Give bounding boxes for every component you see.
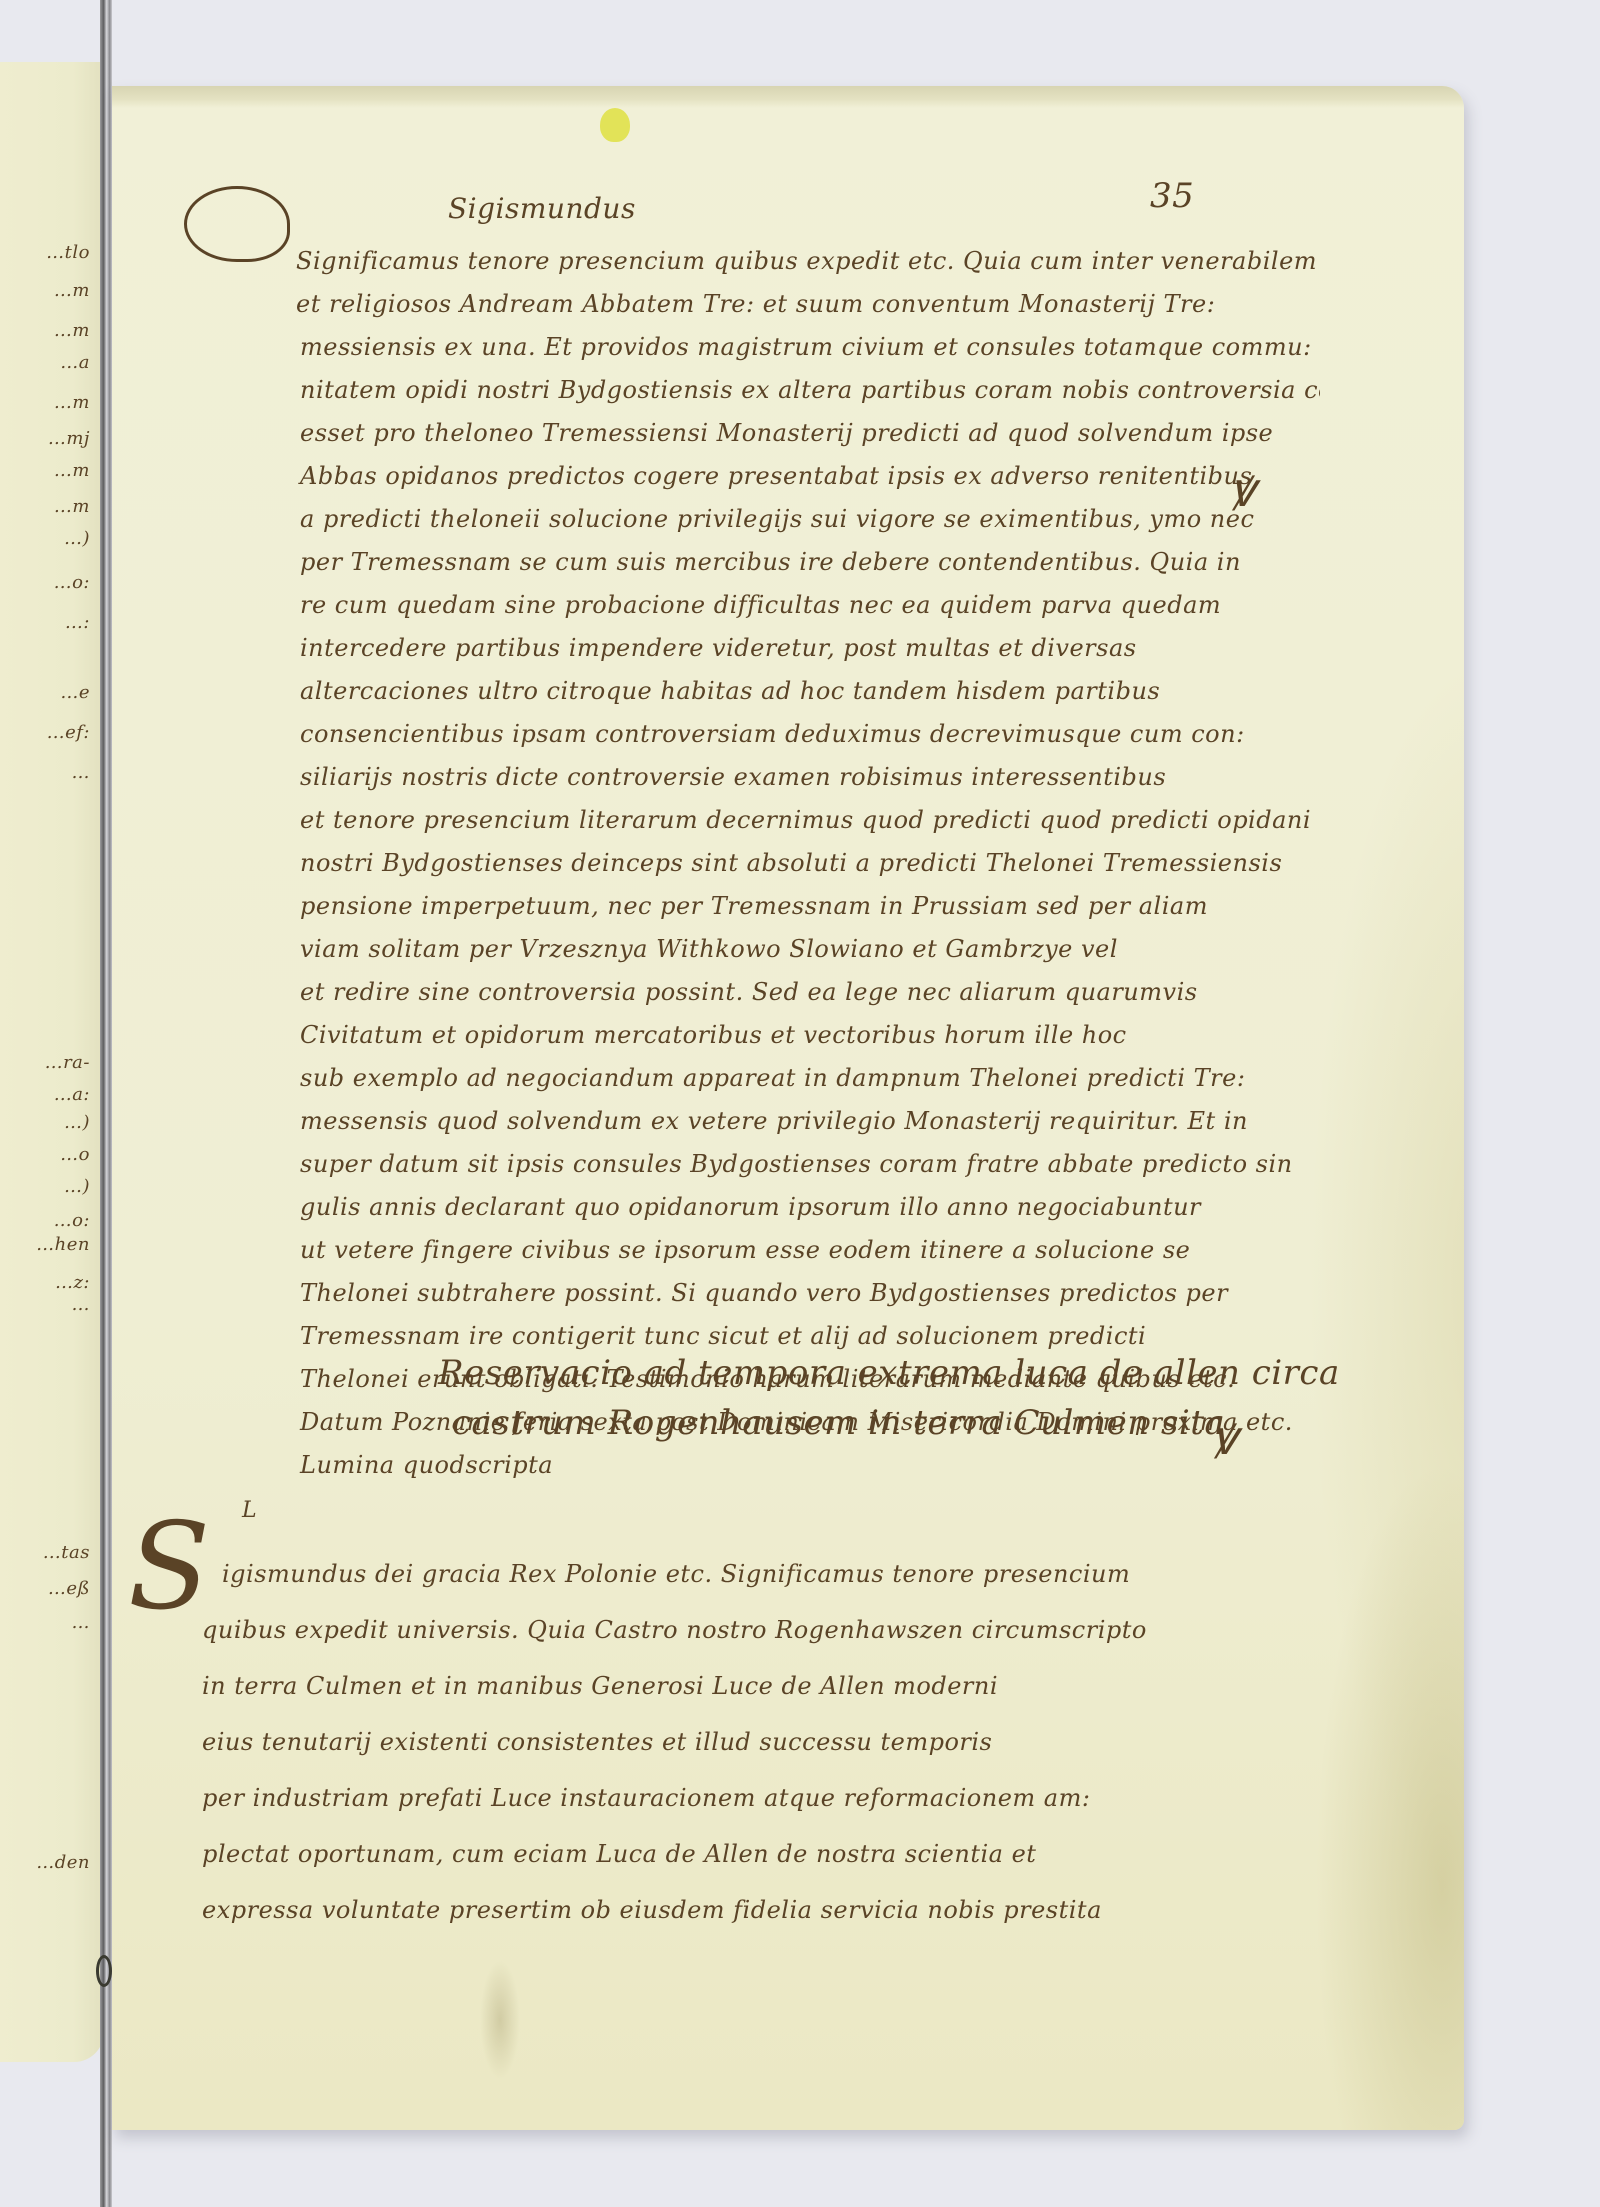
text-line: intercedere partibus impendere videretur… [240,627,1320,670]
text-line: nitatem opidi nostri Bydgostiensis ex al… [240,369,1320,412]
nota-margin-mark-icon: ꝟ [1212,1404,1236,1469]
page-top-edge [112,86,1464,108]
left-margin-fragment: …o: [54,572,90,593]
left-margin-fragment: …) [64,528,90,549]
left-margin-fragment: …) [64,1176,90,1197]
text-line: esset pro theloneo Tremessiensi Monaster… [240,412,1320,455]
left-margin-fragment: …m [54,392,90,413]
text-line: gulis annis declarant quo opidanorum ips… [240,1186,1320,1229]
text-line: igismundus dei gracia Rex Polonie etc. S… [152,1546,1232,1602]
left-margin-fragment: …m [54,460,90,481]
text-line: re cum quedam sine probacione difficulta… [240,584,1320,627]
left-margin-fragment: …tas [43,1542,90,1563]
text-line: per Tremessnam se cum suis mercibus ire … [240,541,1320,584]
text-line: sub exemplo ad negociandum appareat in d… [240,1057,1320,1100]
text-line: Civitatum et opidorum mercatoribus et ve… [240,1014,1320,1057]
wax-stain [600,108,630,142]
text-line: siliarijs nostris dicte controversie exa… [240,756,1320,799]
text-line: per industriam prefati Luce instauracion… [152,1770,1232,1826]
section-heading: Reservacio ad tempora extrema luca de al… [438,1348,1238,1448]
text-line: Abbas opidanos predictos cogere presenta… [240,455,1320,498]
left-margin-fragment: …: [65,612,90,633]
text-line: Significamus tenore presencium quibus ex… [240,240,1320,283]
stain [480,1960,520,2080]
text-line: viam solitam per Vrzesznya Withkowo Slow… [240,928,1320,971]
section-1-text: Significamus tenore presencium quibus ex… [240,240,1320,1487]
left-margin-fragment: …a: [54,1084,90,1105]
left-margin-fragment: …m [54,280,90,301]
text-line: a predicti theloneii solucione privilegi… [240,498,1320,541]
folio-number: 35 [1150,176,1194,216]
text-line: ut vetere fingere civibus se ipsorum ess… [240,1229,1320,1272]
text-line: et religiosos Andream Abbatem Tre: et su… [240,283,1320,326]
left-margin-fragment: …den [36,1852,90,1873]
left-margin-fragment: … [72,762,91,783]
left-margin-fragment: …eß [48,1578,90,1599]
left-margin-fragment: …a [60,352,90,373]
text-line: plectat oportunam, cum eciam Luca de All… [152,1826,1232,1882]
left-margin-fragment: …o: [54,1210,90,1231]
text-line: messensis quod solvendum ex vetere privi… [240,1100,1320,1143]
text-line: consencientibus ipsam controversiam dedu… [240,713,1320,756]
left-margin-fragment: …tlo [46,242,90,263]
left-page-edge: …tlo…m…m…a…m…mj…m…m…)…o:…:…e…ef:……ra-…a:… [0,62,104,2062]
text-line: messiensis ex una. Et providos magistrum… [240,326,1320,369]
left-margin-fragment: …ra- [45,1052,90,1073]
gutter-clip-icon [96,1955,112,1987]
text-line: nostri Bydgostienses deinceps sint absol… [240,842,1320,885]
left-margin-fragment: …hen [36,1234,90,1255]
left-margin-fragment: …m [54,496,90,517]
text-line: quibus expedit universis. Quia Castro no… [152,1602,1232,1658]
left-margin-fragment: …z: [55,1272,90,1293]
text-line: eius tenutarij existenti consistentes et… [152,1714,1232,1770]
section-rubric: Sigismundus [448,192,636,225]
heading-line-1: Reservacio ad tempora extrema luca de al… [438,1348,1238,1398]
left-margin-fragment: …mj [48,428,90,449]
text-line: pensione imperpetuum, nec per Tremessnam… [240,885,1320,928]
left-margin-fragment: … [72,1612,91,1633]
left-margin-fragment: …) [64,1112,90,1133]
left-margin-fragment: … [72,1294,91,1315]
text-line: Lumina quodscripta [240,1444,1320,1487]
nota-margin-mark-icon: ꝟ [1230,456,1254,521]
heading-line-2: castrum Rogenhausem in terra Culmen sita [438,1398,1238,1448]
left-margin-fragment: …o [60,1144,90,1165]
text-line: altercaciones ultro citroque habitas ad … [240,670,1320,713]
book-gutter [100,0,112,2207]
section-2-text: igismundus dei gracia Rex Polonie etc. S… [152,1486,1232,1938]
left-margin-fragment: …m [54,320,90,341]
text-line: super datum sit ipsis consules Bydgostie… [240,1143,1320,1186]
text-line: expressa voluntate presertim ob eiusdem … [152,1882,1232,1938]
left-margin-fragment: …e [60,682,90,703]
text-line: in terra Culmen et in manibus Generosi L… [152,1658,1232,1714]
text-line: Thelonei subtrahere possint. Si quando v… [240,1272,1320,1315]
left-margin-fragment: …ef: [47,722,90,743]
text-line: et tenore presencium literarum decernimu… [240,799,1320,842]
text-line: et redire sine controversia possint. Sed… [240,971,1320,1014]
